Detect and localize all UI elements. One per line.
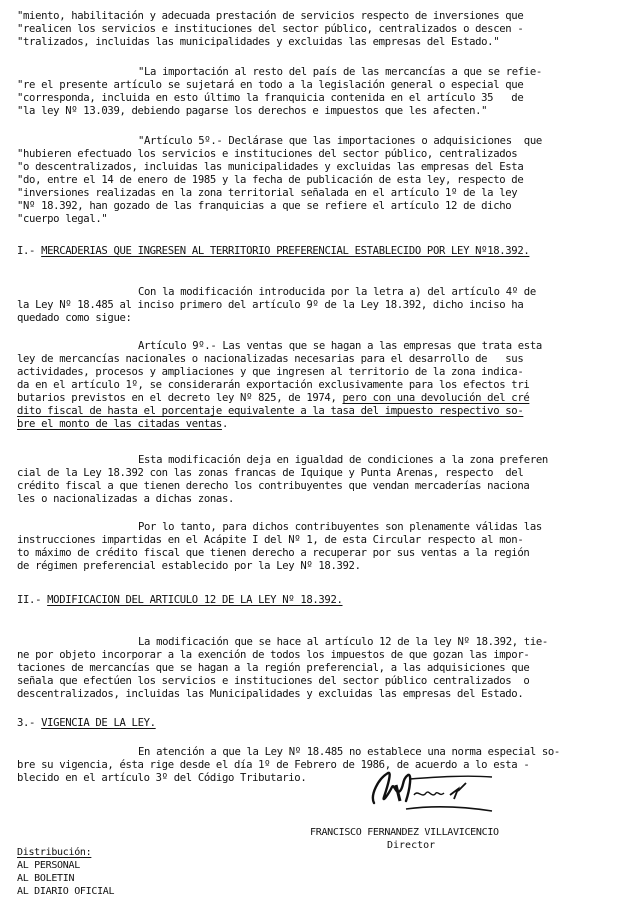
quote1-line: "miento, habilitación y adecuada prestac…	[17, 10, 523, 23]
quote3-line: "do, entre el 14 de enero de 1985 y la f…	[17, 174, 523, 187]
section-number: I.-	[17, 245, 41, 257]
para2-line: Esta modificación deja en igualdad de co…	[138, 454, 548, 467]
article9-line: ley de mercancías nacionales o nacionali…	[17, 353, 523, 366]
para3-line: instrucciones impartidas en el Acápite I…	[17, 534, 523, 547]
para1-line: quedado como sigue:	[17, 312, 132, 325]
article9-underlined-text: bre el monto de las citadas ventas	[17, 418, 222, 430]
section-heading-3: 3.- VIGENCIA DE LA LEY.	[17, 717, 156, 730]
quote2-line: "re el presente artículo se sujetará en …	[17, 79, 523, 92]
section-number: II.-	[17, 594, 47, 606]
article9-line: da en el artículo 1º, se considerarán ex…	[17, 379, 529, 392]
quote3-line: "Nº 18.392, han gozado de las franquicia…	[17, 200, 511, 213]
article9-line: butarios previstos en el decreto ley Nº …	[17, 392, 529, 405]
section-heading-1: I.- MERCADERIAS QUE INGRESEN AL TERRITOR…	[17, 245, 529, 258]
signatory-title: Director	[387, 840, 435, 852]
para4-line: señala que efectúen los servicios e inst…	[17, 675, 529, 688]
para2-line: cial de la Ley 18.392 con las zonas fran…	[17, 467, 523, 480]
para4-line: ne por objeto incorporar a la exención d…	[17, 649, 529, 662]
article9-text: butarios previstos en el decreto ley Nº …	[17, 392, 343, 404]
para2-line: crédito fiscal a que tienen derecho los …	[17, 480, 529, 493]
quote2-line: "La importación al resto del país de las…	[138, 66, 542, 79]
quote3-line: "o descentralizados, incluidas las munic…	[17, 161, 523, 174]
distribution-heading: Distribución:	[17, 847, 91, 859]
article9-line: Artículo 9º.- Las ventas que se hagan a …	[138, 340, 542, 353]
section-title: MERCADERIAS QUE INGRESEN AL TERRITORIO P…	[41, 245, 529, 257]
quote3-line: "inversiones realizadas en la zona terri…	[17, 187, 517, 200]
para4-line: taciones de mercancías que se hagan a la…	[17, 662, 529, 675]
quote3-line: "Artículo 5º.- Declárase que las importa…	[138, 135, 542, 148]
article9-line: actividades, procesos y ampliaciones y q…	[17, 366, 523, 379]
quote3-line: "hubieren efectuado los servicios e inst…	[17, 148, 517, 161]
distribution-recipient: AL BOLETIN	[17, 873, 74, 885]
section-title: VIGENCIA DE LA LEY.	[41, 717, 156, 729]
article9-period: .	[222, 418, 228, 430]
para4-line: descentralizados, incluidas las Municipa…	[17, 688, 523, 701]
article9-line: bre el monto de las citadas ventas.	[17, 418, 228, 431]
section-title: MODIFICACION DEL ARTICULO 12 DE LA LEY N…	[47, 594, 342, 606]
section-number: 3.-	[17, 717, 41, 729]
para1-line: Con la modificación introducida por la l…	[138, 286, 536, 299]
section-heading-2: II.- MODIFICACION DEL ARTICULO 12 DE LA …	[17, 594, 343, 607]
signatory-name: FRANCISCO FERNANDEZ VILLAVICENCIO	[310, 827, 499, 839]
para5-line: blecido en el artículo 3º del Código Tri…	[17, 772, 306, 785]
document-page: "miento, habilitación y adecuada prestac…	[0, 0, 630, 910]
handwritten-signature-icon	[366, 765, 496, 815]
para1-line: la Ley Nº 18.485 al inciso primero del a…	[17, 299, 523, 312]
para3-line: de régimen preferencial establecido por …	[17, 560, 361, 573]
para4-line: La modificación que se hace al artículo …	[138, 636, 548, 649]
distribution-recipient: AL DIARIO OFICIAL	[17, 886, 114, 898]
quote2-line: "corresponda, incluida en esto último la…	[17, 92, 523, 105]
quote3-line: "cuerpo legal."	[17, 213, 107, 226]
para2-line: les o nacionalizadas a dichas zonas.	[17, 493, 234, 506]
para3-line: Por lo tanto, para dichos contribuyentes…	[138, 521, 542, 534]
para3-line: to máximo de crédito fiscal que tienen d…	[17, 547, 529, 560]
quote2-line: "la ley Nº 13.039, debiendo pagarse los …	[17, 105, 487, 118]
quote1-line: "tralizados, incluidas las municipalidad…	[17, 36, 499, 49]
quote1-line: "realicen los servicios e instituciones …	[17, 23, 523, 36]
para5-line: En atención a que la Ley Nº 18.485 no es…	[138, 746, 560, 759]
article9-underlined-text: pero con una devolución del cré	[343, 392, 530, 404]
article9-underlined-line: dito fiscal de hasta el porcentaje equiv…	[17, 405, 523, 418]
distribution-recipient: AL PERSONAL	[17, 860, 80, 872]
